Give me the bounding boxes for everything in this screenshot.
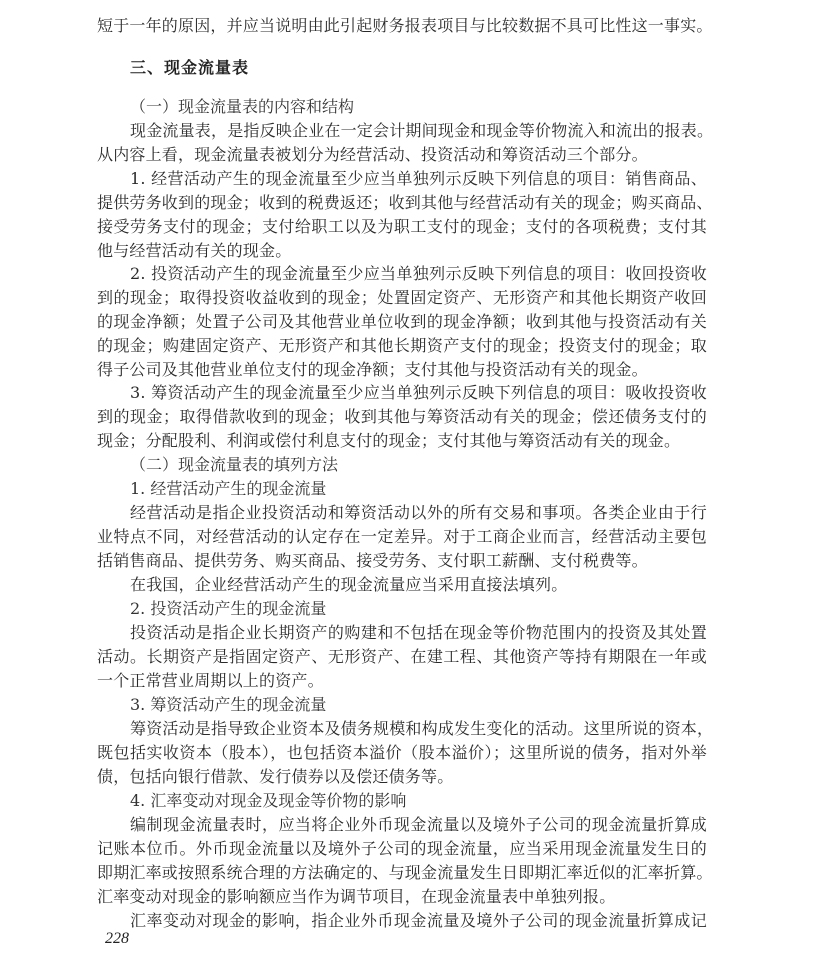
paragraph-line: 一个正常营业周期以上的资产。 <box>97 669 707 693</box>
paragraph-line: 汇率变动对现金的影响，指企业外币现金流量及境外子公司的现金流量折算成记 <box>130 909 707 933</box>
paragraph-line: 接受劳务支付的现金；支付给职工以及为职工支付的现金；支付的各项税费；支付其 <box>97 215 707 239</box>
paragraph-line: 既包括实收资本（股本），也包括资本溢价（股本溢价）；这里所说的债务，指对外举 <box>97 741 707 765</box>
paragraph-line: 编制现金流量表时，应当将企业外币现金流量以及境外子公司的现金流量折算成 <box>130 813 707 837</box>
paragraph-line: 经营活动是指企业投资活动和筹资活动以外的所有交易和事项。各类企业由于行 <box>130 501 707 525</box>
paragraph-line: 业特点不同，对经营活动的认定存在一定差异。对于工商企业而言，经营活动主要包 <box>97 525 707 549</box>
paragraph-line: 3. 筹资活动产生的现金流量至少应当单独列示反映下列信息的项目：吸收投资收 <box>130 381 707 405</box>
paragraph-line: 记账本位币。外币现金流量以及境外子公司的现金流量，应当采用现金流量发生日的 <box>97 837 707 861</box>
paragraph-line: 2. 投资活动产生的现金流量至少应当单独列示反映下列信息的项目：收回投资收 <box>130 262 707 286</box>
subsection-title: （二）现金流量表的填列方法 <box>130 453 338 477</box>
paragraph-line: 在我国，企业经营活动产生的现金流量应当采用直接法填列。 <box>130 573 707 597</box>
paragraph-line: 汇率变动对现金的影响额应当作为调节项目，在现金流量表中单独列报。 <box>97 885 707 909</box>
paragraph-line: 的现金净额；处置子公司及其他营业单位收到的现金净额；收到其他与投资活动有关 <box>97 310 707 334</box>
paragraph-line: 提供劳务收到的现金；收到的税费返还；收到其他与经营活动有关的现金；购买商品、 <box>97 191 707 215</box>
paragraph-line: 到的现金；取得借款收到的现金；收到其他与筹资活动有关的现金；偿还债务支付的 <box>97 405 707 429</box>
paragraph-line: 的现金；购建固定资产、无形资产和其他长期资产支付的现金；投资支付的现金；取 <box>97 334 707 358</box>
paragraph-line: 他与经营活动有关的现金。 <box>97 239 707 263</box>
paragraph-line: 现金流量表，是指反映企业在一定会计期间现金和现金等价物流入和流出的报表。 <box>130 119 707 143</box>
paragraph-line: 得子公司及其他营业单位支付的现金净额；支付其他与投资活动有关的现金。 <box>97 358 707 382</box>
item-title: 2. 投资活动产生的现金流量 <box>130 597 326 621</box>
paragraph-line: 括销售商品、提供劳务、购买商品、接受劳务、支付职工薪酬、支付税费等。 <box>97 549 707 573</box>
paragraph-line: 现金；分配股利、利润或偿付利息支付的现金；支付其他与筹资活动有关的现金。 <box>97 429 707 453</box>
paragraph-line: 到的现金；取得投资收益收到的现金；处置固定资产、无形资产和其他长期资产收回 <box>97 286 707 310</box>
subsection-title: （一）现金流量表的内容和结构 <box>130 95 354 119</box>
item-title: 4. 汇率变动对现金及现金等价物的影响 <box>130 789 406 813</box>
section-heading: 三、现金流量表 <box>130 56 249 80</box>
paragraph-line: 1. 经营活动产生的现金流量至少应当单独列示反映下列信息的项目：销售商品、 <box>130 167 707 191</box>
paragraph-line: 从内容上看，现金流量表被划分为经营活动、投资活动和筹资活动三个部分。 <box>97 143 707 167</box>
paragraph-line: 短于一年的原因，并应当说明由此引起财务报表项目与比较数据不具可比性这一事实。 <box>97 14 707 38</box>
document-page: 短于一年的原因，并应当说明由此引起财务报表项目与比较数据不具可比性这一事实。 三… <box>0 0 814 955</box>
paragraph-line: 债，包括向银行借款、发行债券以及偿还债务等。 <box>97 765 707 789</box>
paragraph-line: 投资活动是指企业长期资产的购建和不包括在现金等价物范围内的投资及其处置 <box>130 621 707 645</box>
item-title: 3. 筹资活动产生的现金流量 <box>130 693 326 717</box>
item-title: 1. 经营活动产生的现金流量 <box>130 477 326 501</box>
paragraph-line: 即期汇率或按照系统合理的方法确定的、与现金流量发生日即期汇率近似的汇率折算。 <box>97 861 707 885</box>
paragraph-line: 筹资活动是指导致企业资本及债务规模和构成发生变化的活动。这里所说的资本， <box>130 717 707 741</box>
page-number: 228 <box>105 930 129 948</box>
paragraph-line: 活动。长期资产是指固定资产、无形资产、在建工程、其他资产等持有期限在一年或 <box>97 645 707 669</box>
